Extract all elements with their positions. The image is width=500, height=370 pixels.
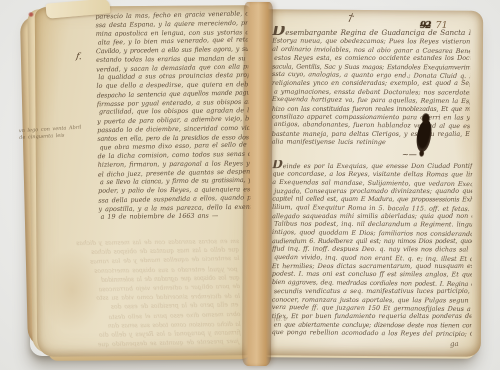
manuscript-line: Et hermilies; Deos dictas sacramentarum,… — [272, 262, 472, 271]
paragraph-flourish-mark: f. — [75, 52, 82, 63]
manuscript-line: alia manifestiyense lucis retininge — [272, 138, 470, 147]
right-paragraph-1: Desembargante Regina de Guadanciga de Sa… — [272, 25, 471, 147]
paragraph-end-flourish: ~— — [402, 150, 417, 159]
manuscript-line: tifex, Et por buen fundamiento requeria … — [272, 312, 472, 321]
manuscript-photo: parescio la mas, fecho en gracia venerab… — [0, 0, 500, 370]
manuscript-line: que ponga rebellion acomodado a los Reye… — [272, 328, 472, 338]
manuscript-line: Desembargante Regina de Guadanciga de Sa… — [272, 26, 470, 37]
manuscript-line: a 19 de nobiembre de 1663 ans — — [99, 212, 251, 222]
manuscript-line: religionales ynco en consideradas; exemp… — [272, 79, 470, 87]
manuscript-line: Deinde es por la Exequias, que enesse Do… — [272, 160, 472, 171]
bleed-through-text: sm en sotras sanradas con de las mesmas … — [57, 236, 241, 350]
manuscript-line: secundis vendicatus a seq. manifestativu… — [272, 287, 472, 296]
manuscript-line: bastante maneja, para deltas Clerigos, y… — [272, 130, 470, 138]
red-seal-speck — [28, 12, 34, 17]
manuscript-line: hizo con las constituidas fueron reales … — [272, 105, 470, 113]
right-paragraph-2: Deinde es por la Exequias, que enesse Do… — [272, 160, 473, 338]
manuscript-line: audiendum 6. Rudelberez quil est; nay ni… — [272, 237, 472, 246]
manuscript-line: por ygual enterado a sus obispos america… — [58, 265, 240, 276]
manuscript-line: estos Reyes esta, es comienco occidente … — [272, 54, 470, 62]
manuscript-line: allegado saqueadas mihi similis abierlad… — [272, 212, 472, 221]
manuscript-line: juzgado, Consequeras proclamado diviniza… — [272, 187, 472, 196]
left-text-block: parescio la mas, fecho en gracia venerab… — [95, 10, 250, 222]
right-margin-note: lib. 6 — [274, 317, 287, 323]
catchword: ga — [450, 340, 459, 349]
